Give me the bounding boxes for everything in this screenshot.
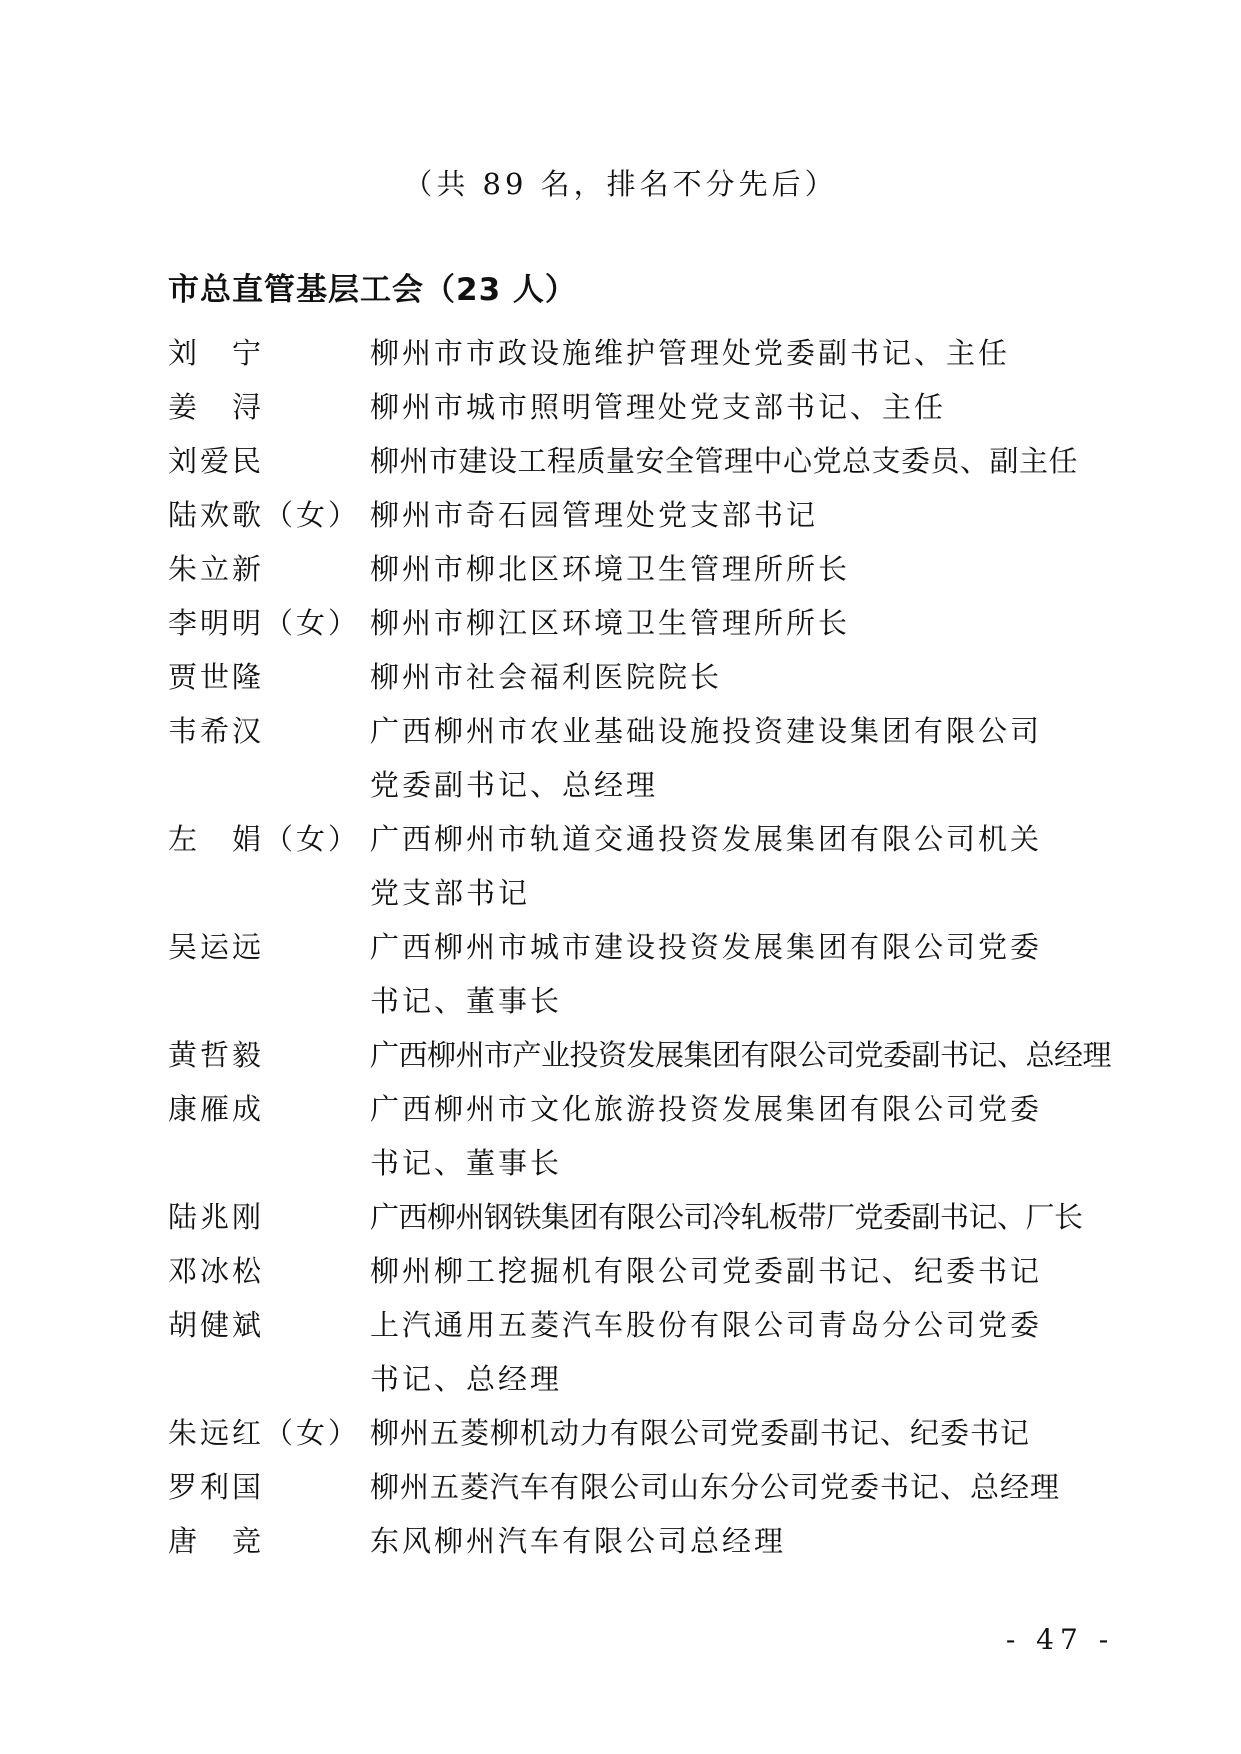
title-line: 柳州市柳北区环境卫生管理所所长 — [370, 542, 1088, 596]
person-name: 朱立新 — [168, 542, 370, 596]
person-title: 柳州柳工挖掘机有限公司党委副书记、纪委书记 — [370, 1244, 1088, 1298]
person-title: 上汽通用五菱汽车股份有限公司青岛分公司党委 书记、总经理 — [370, 1298, 1088, 1406]
title-line: 柳州市社会福利医院院长 — [370, 650, 1088, 704]
section-heading: 市总直管基层工会（23 人） — [168, 270, 577, 310]
person-name: 陆兆刚 — [168, 1190, 370, 1244]
list-item: 邓冰松 柳州柳工挖掘机有限公司党委副书记、纪委书记 — [168, 1244, 1088, 1298]
list-item: 姜 浔 柳州市城市照明管理处党支部书记、主任 — [168, 380, 1088, 434]
list-item: 贾世隆 柳州市社会福利医院院长 — [168, 650, 1088, 704]
person-title: 柳州市奇石园管理处党支部书记 — [370, 488, 1088, 542]
list-item: 胡健斌 上汽通用五菱汽车股份有限公司青岛分公司党委 书记、总经理 — [168, 1298, 1088, 1406]
person-name: 韦希汉 — [168, 704, 370, 812]
list-item: 黄哲毅 广西柳州市产业投资发展集团有限公司党委副书记、总经理 — [168, 1028, 1088, 1082]
list-item: 罗利国 柳州五菱汽车有限公司山东分公司党委书记、总经理 — [168, 1460, 1088, 1514]
person-name: 姜 浔 — [168, 380, 370, 434]
person-name: 康雁成 — [168, 1082, 370, 1190]
person-title: 柳州市柳北区环境卫生管理所所长 — [370, 542, 1088, 596]
title-line: 广西柳州市产业投资发展集团有限公司党委副书记、总经理 — [370, 1028, 1111, 1082]
person-name: 贾世隆 — [168, 650, 370, 704]
title-line: 柳州市奇石园管理处党支部书记 — [370, 488, 1088, 542]
title-line: 广西柳州市轨道交通投资发展集团有限公司机关 — [370, 812, 1088, 866]
person-name: 陆欢歌（女） — [168, 488, 370, 542]
person-name: 邓冰松 — [168, 1244, 370, 1298]
list-item: 唐 竞 东风柳州汽车有限公司总经理 — [168, 1514, 1088, 1568]
list-item: 左 娟（女） 广西柳州市轨道交通投资发展集团有限公司机关 党支部书记 — [168, 812, 1088, 920]
person-title: 广西柳州市文化旅游投资发展集团有限公司党委 书记、董事长 — [370, 1082, 1088, 1190]
title-line: 广西柳州钢铁集团有限公司冷轧板带厂党委副书记、厂长 — [370, 1190, 1088, 1244]
title-line: 书记、董事长 — [370, 1136, 1088, 1190]
person-title: 广西柳州市产业投资发展集团有限公司党委副书记、总经理 — [370, 1028, 1111, 1082]
person-title: 广西柳州钢铁集团有限公司冷轧板带厂党委副书记、厂长 — [370, 1190, 1088, 1244]
person-title: 柳州市柳江区环境卫生管理所所长 — [370, 596, 1088, 650]
title-line: 党委副书记、总经理 — [370, 758, 1088, 812]
person-name: 黄哲毅 — [168, 1028, 370, 1082]
list-item: 吴运远 广西柳州市城市建设投资发展集团有限公司党委 书记、董事长 — [168, 920, 1088, 1028]
list-item: 陆欢歌（女） 柳州市奇石园管理处党支部书记 — [168, 488, 1088, 542]
person-title: 柳州市建设工程质量安全管理中心党总支委员、副主任 — [370, 434, 1088, 488]
person-name: 朱远红（女） — [168, 1406, 370, 1460]
list-subtitle: （共 89 名，排名不分先后） — [0, 164, 1241, 204]
person-title: 柳州五菱柳机动力有限公司党委副书记、纪委书记 — [370, 1406, 1088, 1460]
person-name: 刘 宁 — [168, 326, 370, 380]
person-name: 唐 竞 — [168, 1514, 370, 1568]
title-line: 党支部书记 — [370, 866, 1088, 920]
title-line: 柳州市柳江区环境卫生管理所所长 — [370, 596, 1088, 650]
person-name: 罗利国 — [168, 1460, 370, 1514]
title-line: 上汽通用五菱汽车股份有限公司青岛分公司党委 — [370, 1298, 1088, 1352]
person-title: 广西柳州市农业基础设施投资建设集团有限公司 党委副书记、总经理 — [370, 704, 1088, 812]
list-item: 韦希汉 广西柳州市农业基础设施投资建设集团有限公司 党委副书记、总经理 — [168, 704, 1088, 812]
person-title: 柳州五菱汽车有限公司山东分公司党委书记、总经理 — [370, 1460, 1088, 1514]
list-item: 朱立新 柳州市柳北区环境卫生管理所所长 — [168, 542, 1088, 596]
title-line: 柳州柳工挖掘机有限公司党委副书记、纪委书记 — [370, 1244, 1088, 1298]
list-item: 康雁成 广西柳州市文化旅游投资发展集团有限公司党委 书记、董事长 — [168, 1082, 1088, 1190]
list-item: 陆兆刚 广西柳州钢铁集团有限公司冷轧板带厂党委副书记、厂长 — [168, 1190, 1088, 1244]
honoree-list: 刘 宁 柳州市市政设施维护管理处党委副书记、主任 姜 浔 柳州市城市照明管理处党… — [168, 326, 1088, 1568]
person-title: 柳州市城市照明管理处党支部书记、主任 — [370, 380, 1088, 434]
title-line: 柳州五菱汽车有限公司山东分公司党委书记、总经理 — [370, 1460, 1088, 1514]
person-title: 广西柳州市轨道交通投资发展集团有限公司机关 党支部书记 — [370, 812, 1088, 920]
title-line: 柳州市建设工程质量安全管理中心党总支委员、副主任 — [370, 434, 1088, 488]
list-item: 李明明（女） 柳州市柳江区环境卫生管理所所长 — [168, 596, 1088, 650]
title-line: 东风柳州汽车有限公司总经理 — [370, 1514, 1088, 1568]
title-line: 广西柳州市文化旅游投资发展集团有限公司党委 — [370, 1082, 1088, 1136]
person-title: 柳州市市政设施维护管理处党委副书记、主任 — [370, 326, 1088, 380]
person-name: 左 娟（女） — [168, 812, 370, 920]
title-line: 广西柳州市农业基础设施投资建设集团有限公司 — [370, 704, 1088, 758]
title-line: 书记、董事长 — [370, 974, 1088, 1028]
page-number: - 47 - — [1000, 1620, 1120, 1660]
title-line: 书记、总经理 — [370, 1352, 1088, 1406]
person-title: 东风柳州汽车有限公司总经理 — [370, 1514, 1088, 1568]
title-line: 柳州五菱柳机动力有限公司党委副书记、纪委书记 — [370, 1406, 1088, 1460]
list-item: 刘爱民 柳州市建设工程质量安全管理中心党总支委员、副主任 — [168, 434, 1088, 488]
list-item: 朱远红（女） 柳州五菱柳机动力有限公司党委副书记、纪委书记 — [168, 1406, 1088, 1460]
list-item: 刘 宁 柳州市市政设施维护管理处党委副书记、主任 — [168, 326, 1088, 380]
person-title: 柳州市社会福利医院院长 — [370, 650, 1088, 704]
person-title: 广西柳州市城市建设投资发展集团有限公司党委 书记、董事长 — [370, 920, 1088, 1028]
person-name: 吴运远 — [168, 920, 370, 1028]
title-line: 柳州市城市照明管理处党支部书记、主任 — [370, 380, 1088, 434]
title-line: 广西柳州市城市建设投资发展集团有限公司党委 — [370, 920, 1088, 974]
title-line: 柳州市市政设施维护管理处党委副书记、主任 — [370, 326, 1088, 380]
person-name: 胡健斌 — [168, 1298, 370, 1406]
person-name: 李明明（女） — [168, 596, 370, 650]
person-name: 刘爱民 — [168, 434, 370, 488]
